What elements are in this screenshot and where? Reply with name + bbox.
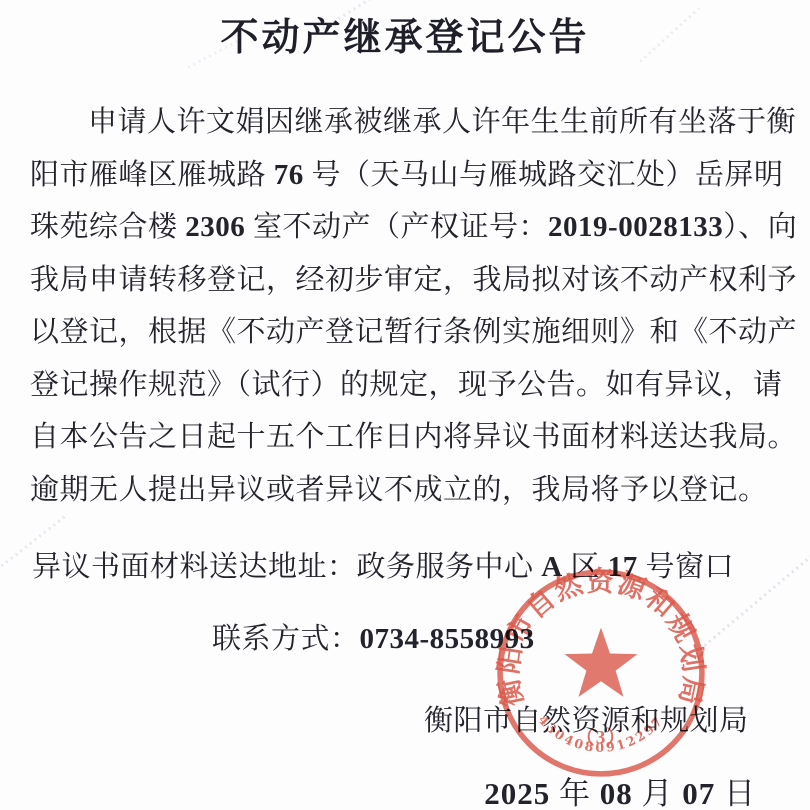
seal-ring <box>500 572 702 774</box>
body-line: 阳市雁峰区雁城路 76 号（天马山与雁城路交汇处）岳屏明 <box>30 149 782 202</box>
notice-body: 申请人许文娟因继承被继承人许年生生前所有坐落于衡 阳市雁峰区雁城路 76 号（天… <box>30 96 782 516</box>
body-line: 申请人许文娟因继承被继承人许年生生前所有坐落于衡 <box>30 96 782 149</box>
objection-address-line: 异议书面材料送达地址：政务服务中心 A 区 17 号窗口 <box>32 544 734 585</box>
body-line: 登记操作规范》（试行）的规定，现予公告。如有异议，请 <box>30 359 782 412</box>
body-line: 自本公告之日起十五个工作日内将异议书面材料送达我局。 <box>30 411 782 464</box>
contact-phone-line: 联系方式：0734-8558993 <box>212 616 535 657</box>
scanned-notice-page: 不动产继承登记公告 申请人许文娟因继承被继承人许年生生前所有坐落于衡 阳市雁峰区… <box>0 0 810 810</box>
body-line: 逾期无人提出异议或者异议不成立的，我局将予以登记。 <box>30 464 782 517</box>
official-seal-stamp: 衡阳市自然资源和规划局 （3） 4304080912297 <box>490 562 712 784</box>
body-line: 以登记，根据《不动产登记暂行条例实施细则》和《不动产 <box>30 306 782 359</box>
issue-date: 2025 年 08 月 07 日 <box>484 768 756 810</box>
seal-star-icon <box>565 628 638 697</box>
body-line: 珠苑综合楼 2306 室不动产（产权证号：2019-0028133）、向 <box>30 201 782 254</box>
issuing-agency-name: 衡阳市自然资源和规划局 <box>424 698 749 739</box>
body-line: 我局申请转移登记，经初步审定，我局拟对该不动产权利予 <box>30 254 782 307</box>
page-title: 不动产继承登记公告 <box>0 6 810 61</box>
